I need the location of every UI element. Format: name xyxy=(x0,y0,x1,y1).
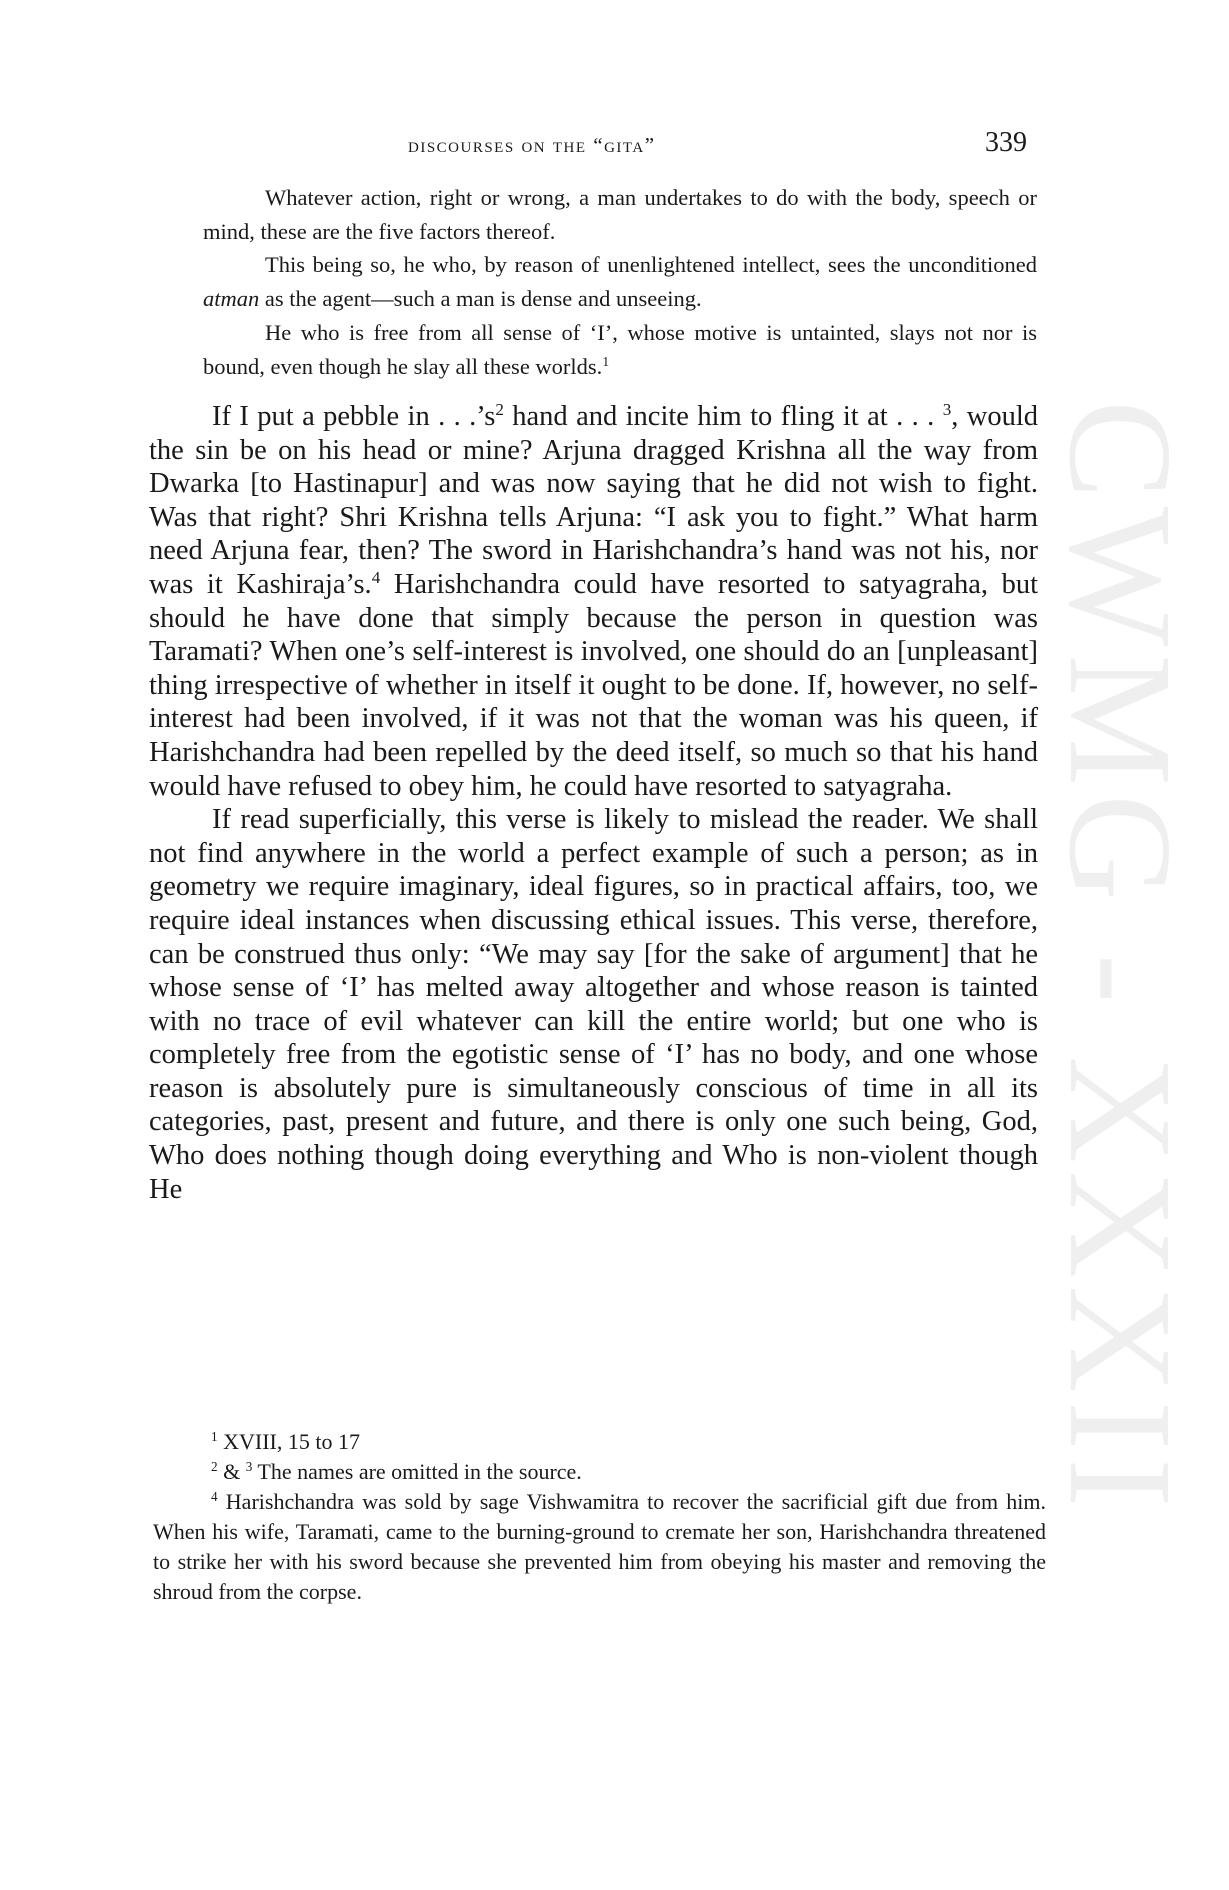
footnote: 2 & 3 The names are omitted in the sourc… xyxy=(153,1457,1046,1487)
paragraph: If I put a pebble in . . .’s2 hand and i… xyxy=(149,400,1038,803)
footnote-ref[interactable]: 4 xyxy=(372,568,381,587)
verse-line: He who is free from all sense of ‘I’, wh… xyxy=(203,316,1037,383)
footnotes: 1 XVIII, 15 to 17 2 & 3 The names are om… xyxy=(153,1427,1046,1607)
footnote: 1 XVIII, 15 to 17 xyxy=(153,1427,1046,1457)
verse-block: Whatever action, right or wrong, a man u… xyxy=(203,181,1037,383)
footnote-ref[interactable]: 2 xyxy=(495,400,504,419)
running-head: DISCOURSES ON THE “GITA” xyxy=(408,133,1034,158)
italic-term: atman xyxy=(203,286,259,311)
watermark: CWMG - XXXII xyxy=(1060,400,1180,1460)
footnote-marker: 4 xyxy=(211,1489,218,1504)
page-number: 339 xyxy=(985,127,1027,159)
footnote-marker: 2 xyxy=(211,1459,218,1474)
paragraph: If read superficially, this verse is lik… xyxy=(149,803,1038,1206)
footnote-ref[interactable]: 3 xyxy=(943,400,952,419)
footnote-ref[interactable]: 1 xyxy=(602,353,609,368)
verse-line: Whatever action, right or wrong, a man u… xyxy=(203,181,1037,248)
footnote: 4 Harishchandra was sold by sage Vishwam… xyxy=(153,1487,1046,1607)
verse-line: This being so, he who, by reason of unen… xyxy=(203,248,1037,315)
footnote-marker: 1 xyxy=(211,1429,218,1444)
body-text: If I put a pebble in . . .’s2 hand and i… xyxy=(149,400,1038,1206)
